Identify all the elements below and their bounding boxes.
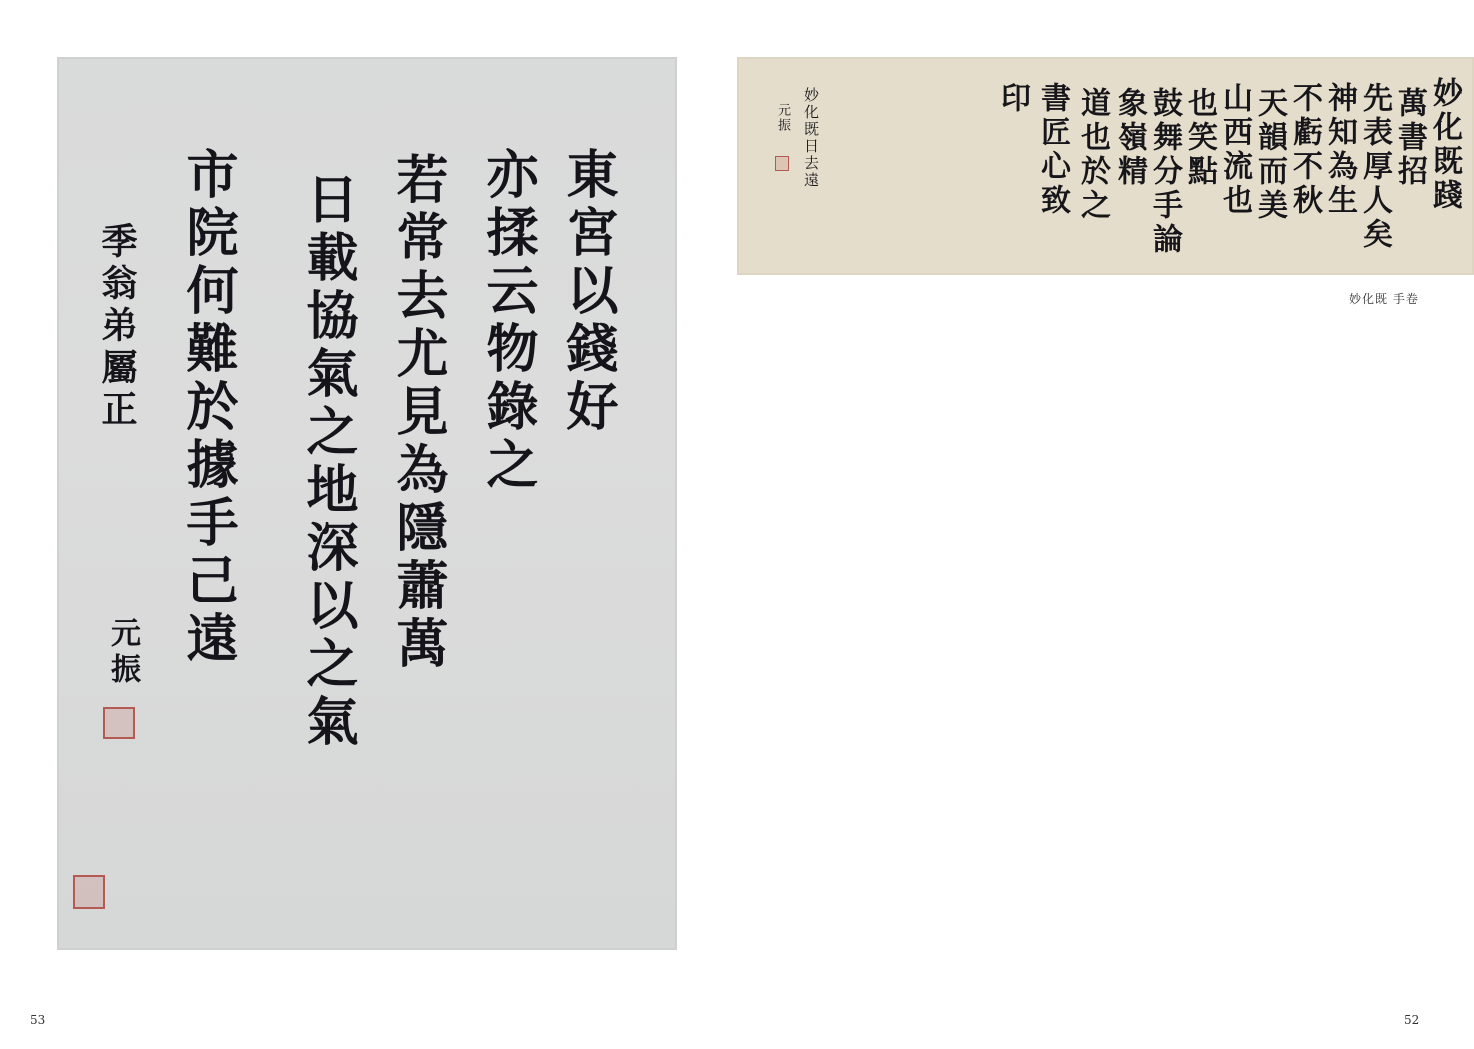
calligraphy-column: 印: [995, 82, 1029, 116]
inscription: 妙化既日去遠: [801, 87, 822, 189]
calligraphy-column: 神知為生: [1322, 82, 1356, 218]
handscroll-artwork: 妙化既踐 萬書招 先表厚人矣 神知為生 不虧不秋 天韻而美 山西流也 也笑點 鼓…: [737, 57, 1474, 275]
calligraphy-column: 象嶺精: [1112, 87, 1146, 189]
calligraphy-column: 若常去尤見為隱蕭萬: [387, 152, 447, 674]
calligraphy-column: 東宮以錢好: [557, 147, 617, 437]
seal-stamp: [103, 707, 135, 739]
calligraphy-column: 鼓舞分手論: [1147, 87, 1181, 257]
calligraphy-column: 天韻而美: [1252, 87, 1286, 223]
page-number: 53: [30, 1013, 45, 1027]
calligraphy-column: 山西流也: [1217, 82, 1251, 218]
calligraphy-column: 妙化既踐: [1427, 77, 1461, 213]
calligraphy-column: 萬書招: [1392, 87, 1426, 189]
calligraphy-column: 不虧不秋: [1287, 82, 1321, 218]
collector-seal-stamp: [73, 875, 105, 909]
calligraphy-column: 亦揉云物錄之: [477, 147, 537, 495]
artwork-caption: 妙化既 手卷: [1349, 290, 1419, 307]
seal-stamp: [775, 156, 789, 171]
calligraphy-column: 也笑點: [1182, 87, 1216, 189]
calligraphy-column: 日載協氣之地深以之氣: [297, 172, 357, 752]
signature: 元振: [773, 103, 792, 133]
signature: 元振: [102, 617, 142, 689]
right-page: 妙化既踐 萬書招 先表厚人矣 神知為生 不虧不秋 天韻而美 山西流也 也笑點 鼓…: [737, 0, 1474, 1049]
hanging-scroll-artwork: 東宮以錢好 亦揉云物錄之 若常去尤見為隱蕭萬 日載協氣之地深以之氣 市院何難於據…: [57, 57, 677, 950]
calligraphy-column: 先表厚人矣: [1357, 82, 1391, 252]
page-number: 52: [1404, 1013, 1419, 1027]
dedication-column: 季翁弟屬正: [97, 222, 137, 432]
calligraphy-column: 書匠心致: [1035, 82, 1069, 218]
calligraphy-column: 道也於之: [1075, 87, 1109, 223]
left-page: 東宮以錢好 亦揉云物錄之 若常去尤見為隱蕭萬 日載協氣之地深以之氣 市院何難於據…: [0, 0, 737, 1049]
calligraphy-column: 市院何難於據手己遠: [177, 147, 237, 669]
